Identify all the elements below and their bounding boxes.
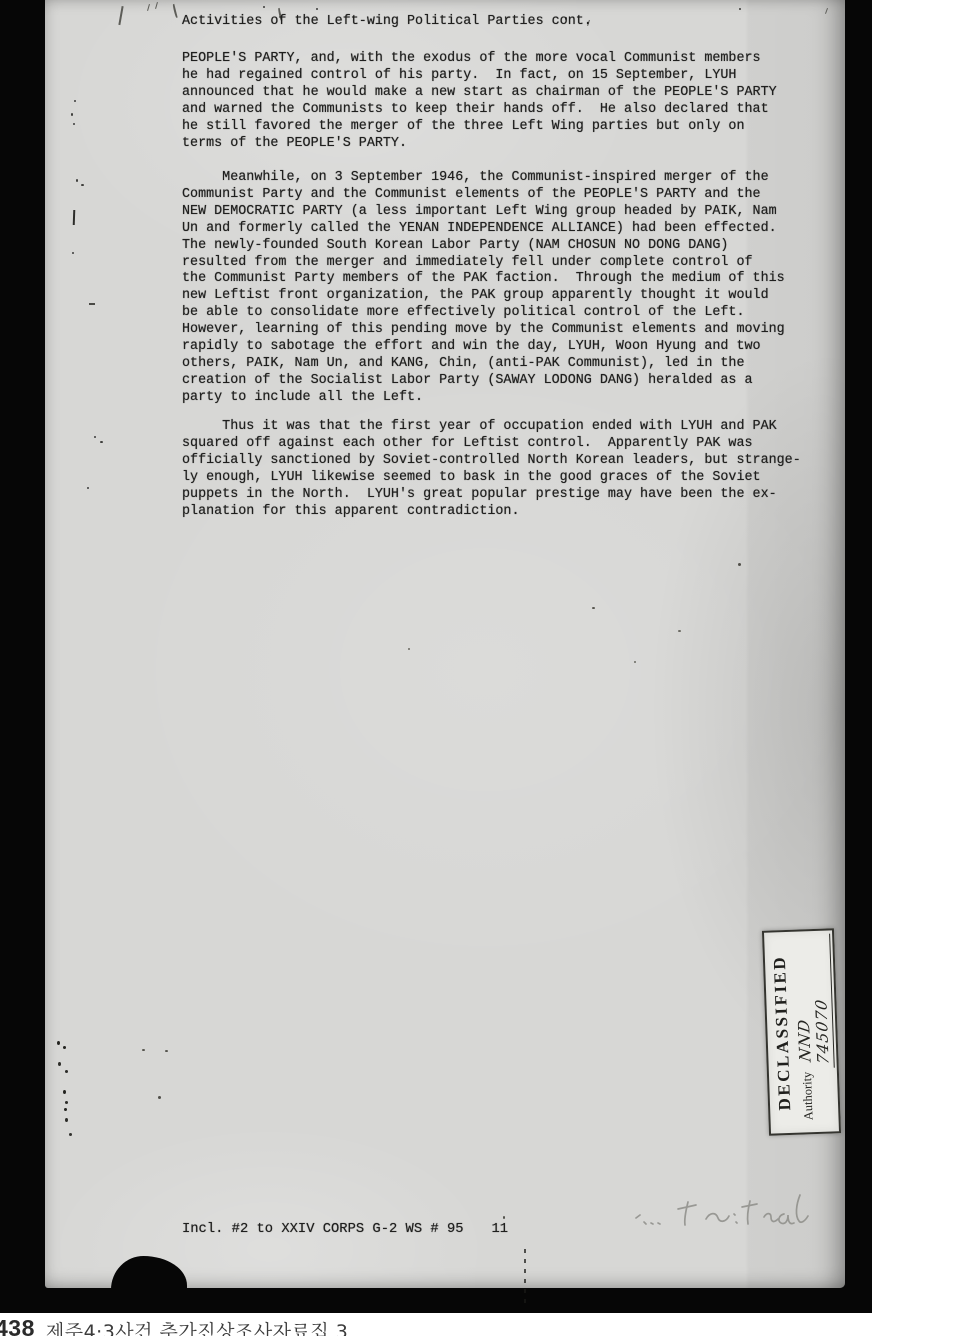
book-title: 제주4·3사건 추가진상조사자료집 3 xyxy=(46,1315,349,1336)
margin-dot xyxy=(71,113,73,116)
ink-speck xyxy=(592,607,595,609)
authority-number: NND 745070 xyxy=(792,928,835,1068)
margin-dot xyxy=(63,1090,66,1094)
pencil-mark xyxy=(172,4,177,18)
margin-dot xyxy=(76,179,78,182)
margin-dot xyxy=(81,184,84,186)
margin-tick-mark xyxy=(73,210,76,225)
margin-dot xyxy=(57,1041,60,1045)
margin-dot xyxy=(94,436,96,438)
footer-line: Incl. #2 to XXIV CORPS G-2 WS # 9511 xyxy=(182,1222,508,1239)
book-page-number: 438 xyxy=(0,1315,35,1336)
margin-dot xyxy=(72,252,74,254)
margin-dot xyxy=(65,1070,68,1073)
pencil-mark xyxy=(155,2,158,9)
paragraph-3: Thus it was that the first year of occup… xyxy=(182,419,801,520)
ink-speck xyxy=(142,1049,145,1051)
margin-dot xyxy=(65,1118,68,1122)
document-page: Activities of the Left-wing Political Pa… xyxy=(45,0,845,1288)
ink-speck xyxy=(503,1216,505,1219)
pencil-mark xyxy=(825,8,828,14)
margin-dot xyxy=(87,487,89,489)
document-heading: Activities of the Left-wing Political Pa… xyxy=(182,14,592,31)
margin-dot xyxy=(73,123,75,125)
margin-dot xyxy=(64,1108,67,1111)
declassified-stamp-authority-line: Authority NND 745070 xyxy=(792,930,837,1120)
pencil-mark xyxy=(118,6,123,25)
declassified-stamp: DECLASSIFIED Authority NND 745070 xyxy=(762,928,841,1135)
fold-seam-mark xyxy=(524,1249,526,1307)
declassified-stamp-title: DECLASSIFIED xyxy=(769,932,796,1134)
ink-speck xyxy=(263,6,265,8)
ink-speck xyxy=(158,1096,161,1099)
scan-tear-blob xyxy=(111,1256,187,1300)
margin-dot xyxy=(69,1133,72,1136)
authority-label: Authority xyxy=(800,1071,817,1120)
handwritten-pencil-annotation xyxy=(628,1192,843,1244)
footer-enclosure-text: Incl. #2 to XXIV CORPS G-2 WS # 95 xyxy=(182,1222,464,1237)
margin-dot xyxy=(58,1062,61,1066)
paragraph-1: PEOPLE'S PARTY, and, with the exodus of … xyxy=(182,51,777,152)
ink-speck xyxy=(165,1050,168,1052)
ink-speck xyxy=(316,8,318,10)
margin-dot xyxy=(100,441,103,443)
ink-speck xyxy=(634,661,636,663)
ink-speck xyxy=(408,648,410,650)
book-caption: 438 제주4·3사건 추가진상조사자료집 3 xyxy=(0,1315,348,1336)
screenshot-root: { "document": { "heading": "Activities o… xyxy=(0,0,976,1336)
pencil-mark xyxy=(147,4,150,11)
ink-speck xyxy=(738,563,741,566)
margin-dash xyxy=(89,303,95,305)
ink-speck xyxy=(678,630,681,632)
footer-page-number: 11 xyxy=(492,1222,509,1237)
margin-dot xyxy=(74,100,76,102)
ink-speck xyxy=(739,8,741,10)
margin-dot xyxy=(63,1046,66,1049)
margin-dot xyxy=(65,1101,68,1104)
paragraph-2: Meanwhile, on 3 September 1946, the Comm… xyxy=(182,170,785,407)
